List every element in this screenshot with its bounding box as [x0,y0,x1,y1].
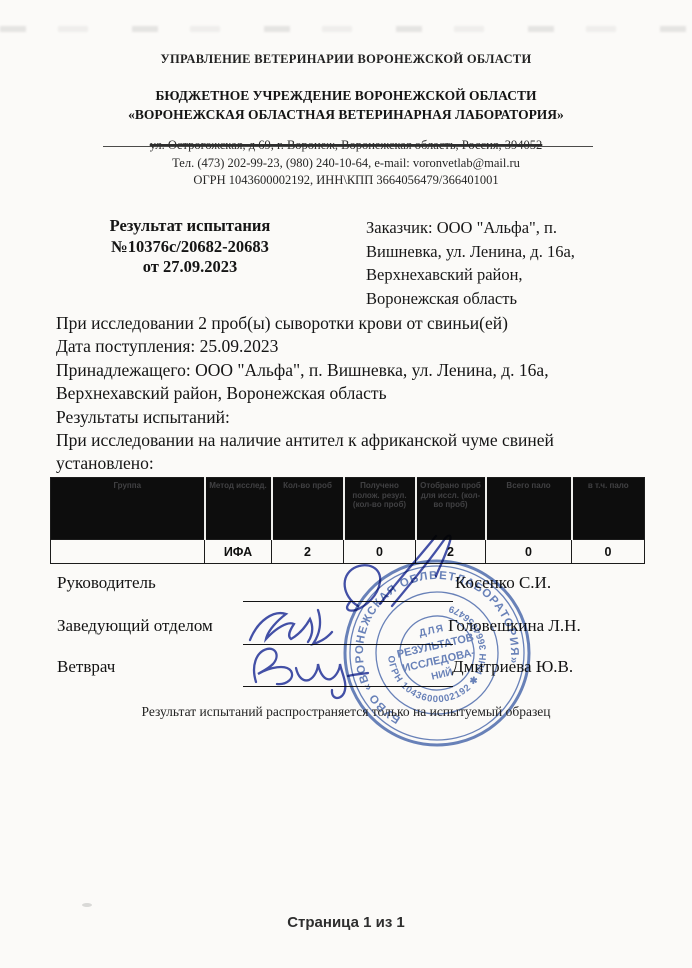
contact-block: ул. Острогожская, д 69, г. Воронеж, Воро… [0,137,692,190]
body-line-owner: Принадлежащего: ООО "Альфа", п. Вишневка… [56,359,648,406]
strikethrough-line [103,146,593,147]
organization-name-line1: БЮДЖЕТНОЕ УЧРЕЖДЕНИЕ ВОРОНЕЖСКОЙ ОБЛАСТИ [0,86,692,105]
scanned-lab-report-page: УПРАВЛЕНИЕ ВЕТЕРИНАРИИ ВОРОНЕЖСКОЙ ОБЛАС… [0,0,692,968]
signature-ink-dept-head [250,613,312,642]
page-number: Страница 1 из 1 [0,914,692,931]
customer-line: Воронежская область [366,287,576,311]
signature-role-director: Руководитель [57,573,156,593]
scan-artifact-dot [82,903,92,907]
result-title-block: Результат испытания №10376с/20682-20683 … [95,216,285,278]
customer-block: Заказчик: ООО "Альфа", п. Вишневка, ул. … [366,216,576,310]
body-line-asf-statement: При исследовании на наличие антител к аф… [56,429,648,476]
signature-role-vet: Ветврач [57,657,115,677]
result-number: №10376с/20682-20683 [95,237,285,258]
organization-name-line2: «ВОРОНЕЖСКАЯ ОБЛАСТНАЯ ВЕТЕРИНАРНАЯ ЛАБО… [0,105,692,124]
organization-name: БЮДЖЕТНОЕ УЧРЕЖДЕНИЕ ВОРОНЕЖСКОЙ ОБЛАСТИ… [0,86,692,124]
authority-title: УПРАВЛЕНИЕ ВЕТЕРИНАРИИ ВОРОНЕЖСКОЙ ОБЛАС… [0,52,692,67]
scan-artifact-band [0,26,692,32]
round-stamp: БУВО «ВОРОНЕЖСКАЯ ОБЛВЕТЛАБОРАТОРИЯ» ОГР… [317,533,557,773]
table-cell-group [51,540,205,564]
body-line-samples: При исследовании 2 проб(ы) сыворотки кро… [56,312,648,335]
result-date: от 27.09.2023 [95,257,285,278]
signature-role-dept-head: Заведующий отделом [57,616,213,636]
phone-line: Тел. (473) 202-99-23, (980) 240-10-64, e… [0,155,692,173]
customer-line: Заказчик: ООО "Альфа", п. [366,216,576,240]
table-cell-incl: 0 [572,540,645,564]
body-line-received-date: Дата поступления: 25.09.2023 [56,335,648,358]
result-title-line1: Результат испытания [95,216,285,237]
stamp-center-line1: ДЛЯ [418,623,446,640]
body-text: При исследовании 2 проб(ы) сыворотки кро… [56,312,648,476]
footer-note: Результат испытаний распространяется тол… [0,704,692,720]
signature-ink-vet [254,649,292,684]
ogrn-line: ОГРН 1043600002192, ИНН\КПП 3664056479/3… [0,172,692,190]
table-header-cell: в т.ч. пало [572,478,645,540]
customer-line: Верхнехавский район, [366,263,576,287]
table-header-cell: Группа [51,478,205,540]
body-line-results-label: Результаты испытаний: [56,406,648,429]
customer-line: Вишневка, ул. Ленина, д. 16а, [366,240,576,264]
